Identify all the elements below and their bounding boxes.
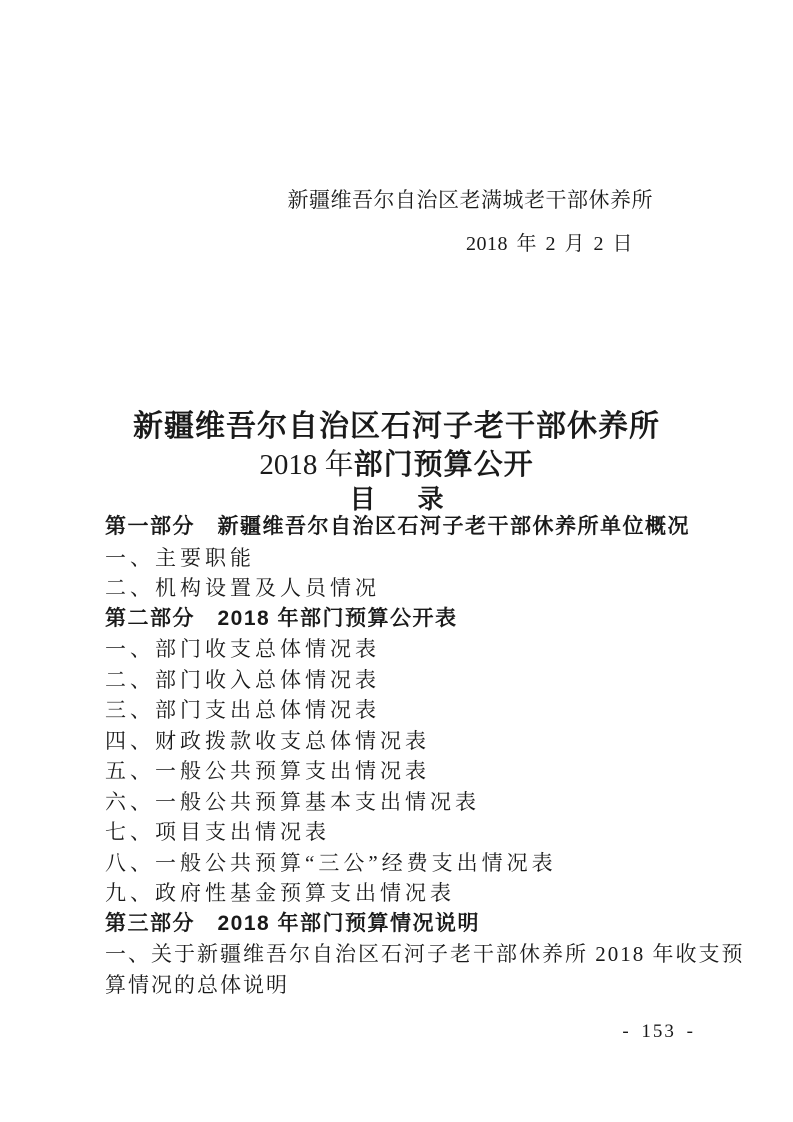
document-subtitle: 2018 年部门预算公开 [0,442,793,483]
toc-item: 一、部门收支总体情况表 [105,634,760,665]
table-of-contents: 第一部分 新疆维吾尔自治区石河子老干部休养所单位概况 一、主要职能 二、机构设置… [105,512,760,1000]
toc-section-item: 第二部分 2018 年部门预算公开表 [105,604,760,635]
toc-item: 七、项目支出情况表 [105,817,760,848]
toc-item: 四、财政拨款收支总体情况表 [105,726,760,757]
toc-item: 二、部门收入总体情况表 [105,665,760,696]
date-line: 2018 年 2 月 2 日 [466,227,633,256]
toc-item: 二、机构设置及人员情况 [105,573,760,604]
toc-item: 八、一般公共预算“三公”经费支出情况表 [105,848,760,879]
toc-item: 九、政府性基金预算支出情况表 [105,878,760,909]
toc-item: 一、主要职能 [105,543,760,574]
subtitle-year-text: 2018 年 [259,449,353,481]
toc-item: 五、一般公共预算支出情况表 [105,756,760,787]
page-number: - 153 - [622,1021,695,1043]
toc-item: 三、部门支出总体情况表 [105,695,760,726]
toc-section-item: 第一部分 新疆维吾尔自治区石河子老干部休养所单位概况 [105,512,760,543]
document-page: 新疆维吾尔自治区老满城老干部休养所 2018 年 2 月 2 日 新疆维吾尔自治… [0,0,793,1122]
subtitle-main-text: 部门预算公开 [354,449,534,481]
toc-section-item: 第三部分 2018 年部门预算情况说明 [105,909,760,940]
signature-line: 新疆维吾尔自治区老满城老干部休养所 [288,184,654,214]
toc-item: 六、一般公共预算基本支出情况表 [105,787,760,818]
document-title: 新疆维吾尔自治区石河子老干部休养所 [0,401,793,445]
toc-item: 一、关于新疆维吾尔自治区石河子老干部休养所 2018 年收支预算情况的总体说明 [105,939,760,1000]
toc-heading: 目 录 [0,479,793,516]
